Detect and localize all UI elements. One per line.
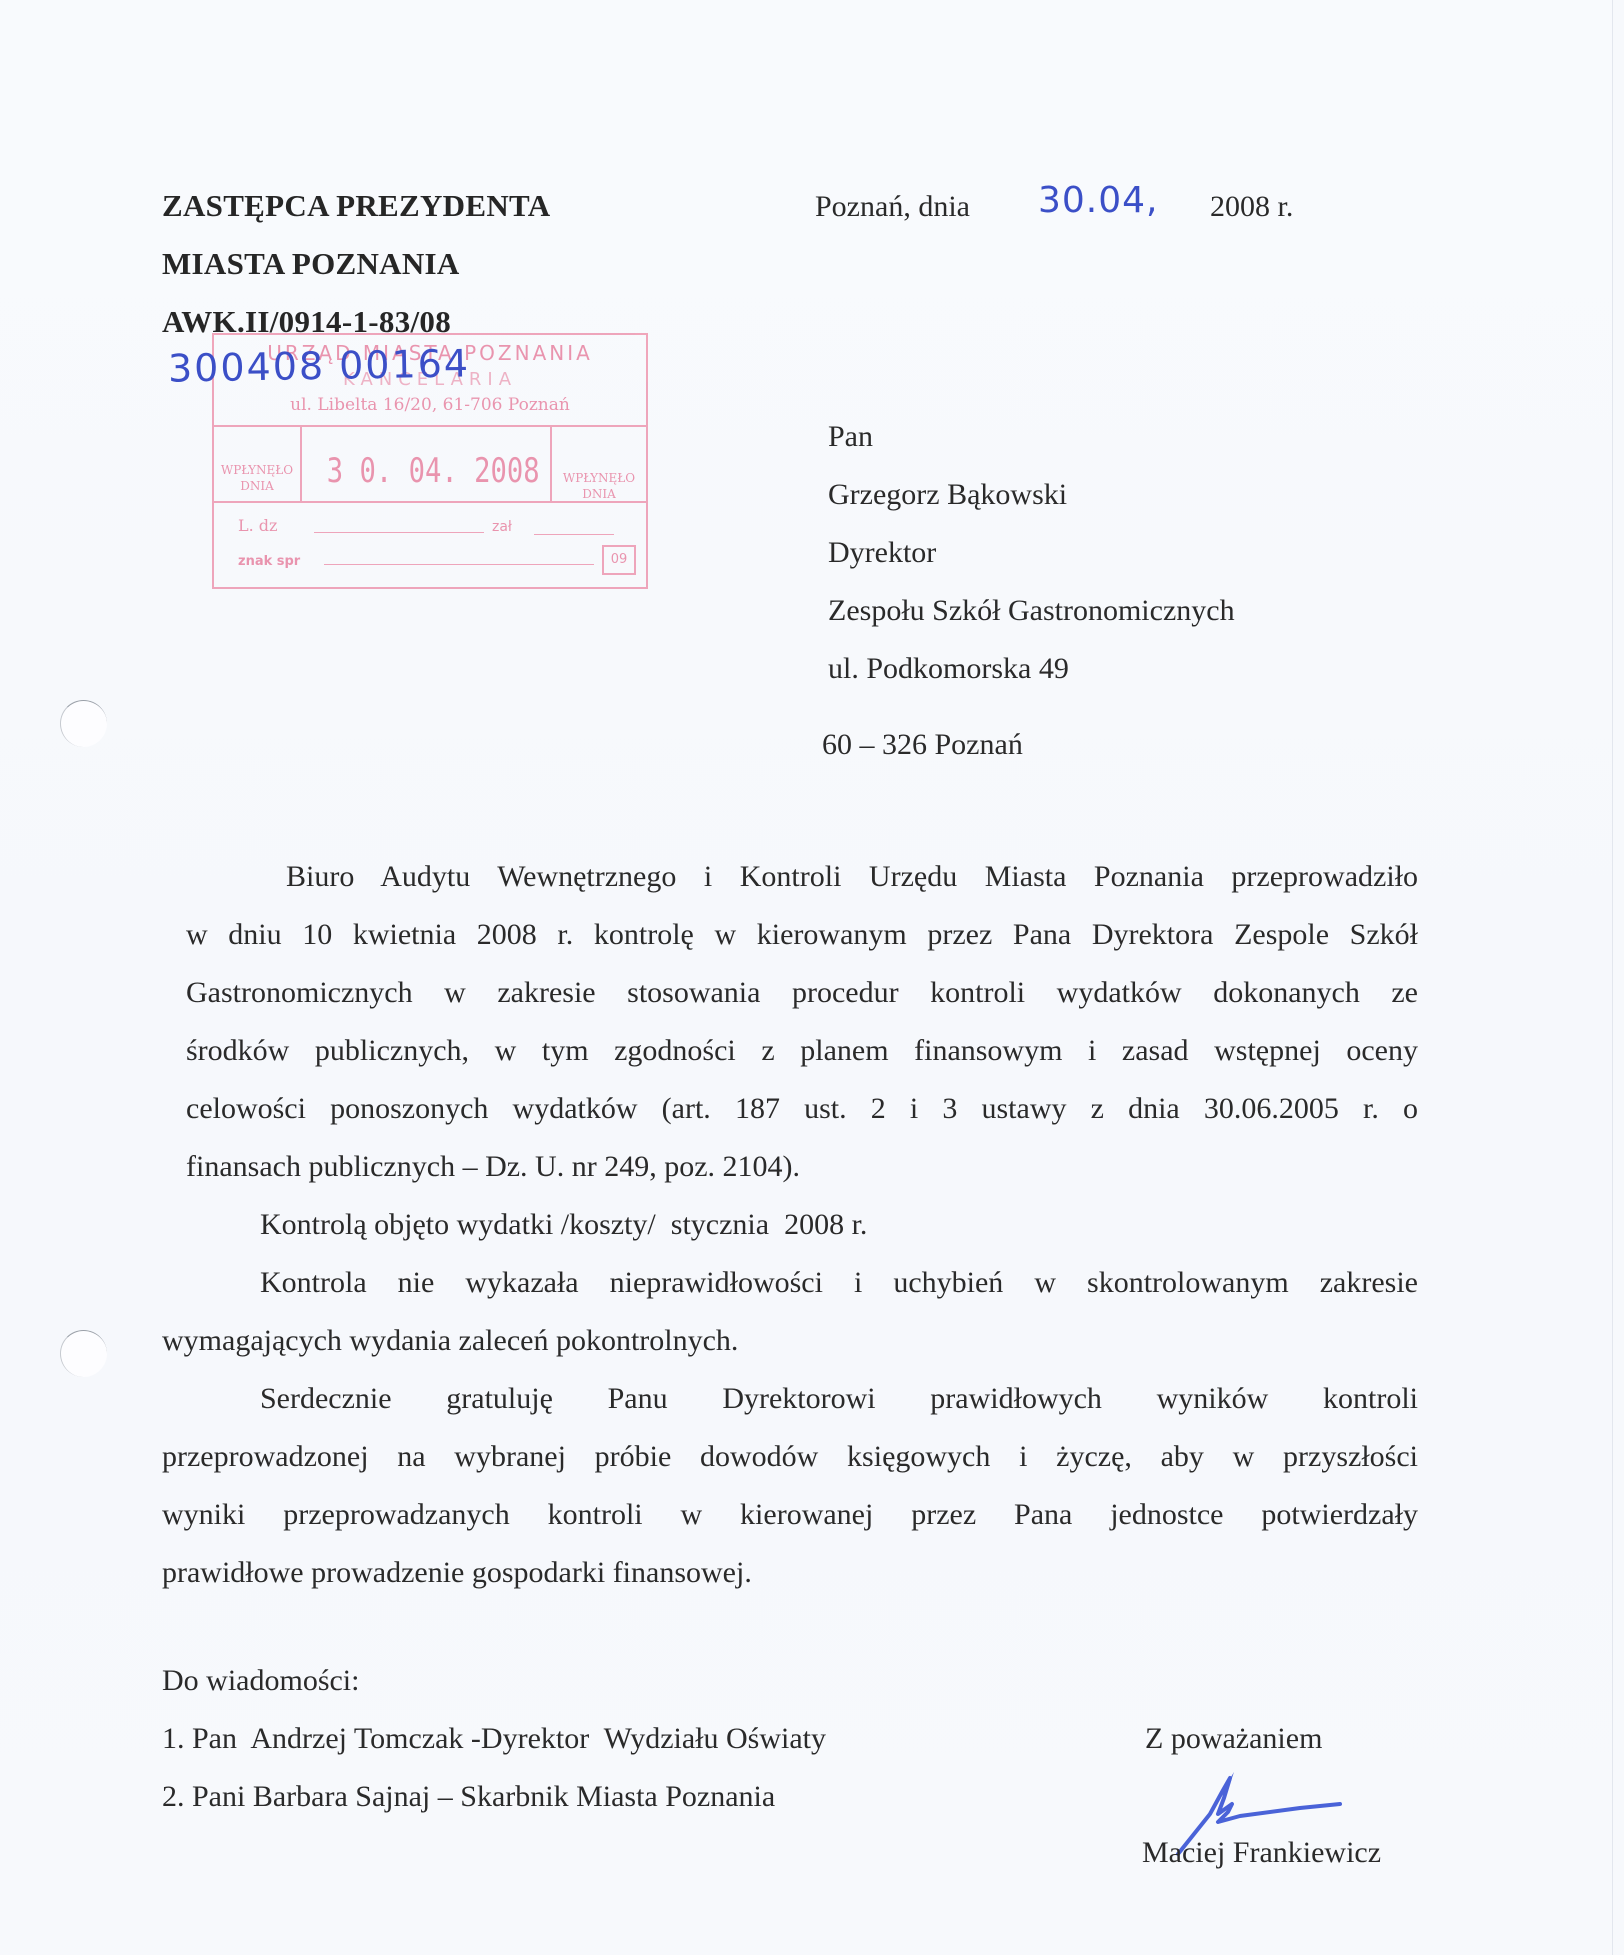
closing-salutation: Z poważaniem — [1145, 1722, 1322, 1756]
date-year: 2008 r. — [1210, 190, 1293, 224]
stamp-znak-label: znak spr — [238, 554, 300, 569]
punch-hole-top — [60, 700, 107, 747]
cc-item-2: 2. Pani Barbara Sajnaj – Skarbnik Miasta… — [162, 1780, 775, 1814]
scanned-letter-page: ZASTĘPCA PREZYDENTA MIASTA POZNANIA AWK.… — [0, 0, 1613, 1955]
body-p3-line-2: wymagających wydania zaleceń pokontrolny… — [162, 1324, 738, 1358]
stamp-received-date: 3 0. 04. 2008 — [327, 451, 525, 491]
signatory-name: Maciej Frankiewicz — [1142, 1836, 1381, 1870]
stamp-received-right-2: DNIA — [552, 487, 646, 501]
recipient-postal-city: 60 – 326 Poznań — [822, 728, 1023, 762]
stamp-zal-label: zał — [492, 519, 512, 535]
cc-heading: Do wiadomości: — [162, 1664, 359, 1698]
body-p4-line-3: wyniki przeprowadzanych kontroli w kiero… — [162, 1498, 1418, 1534]
stamp-received-left-2: DNIA — [214, 479, 300, 493]
stamp-address: ul. Libelta 16/20, 61-706 Poznań — [214, 395, 646, 415]
handwritten-date: 30.04, — [1038, 180, 1159, 221]
body-p1-line-3: Gastronomicznych w zakresie stosowania p… — [186, 976, 1418, 1012]
stamp-box-number: 09 — [602, 545, 636, 575]
body-p4-line-2: przeprowadzonej na wybranej próbie dowod… — [162, 1440, 1418, 1476]
handwritten-registry-number: 300408 00164 — [168, 341, 471, 390]
recipient-salutation: Pan — [828, 420, 873, 454]
body-p3-line-1: Kontrola nie wykazała nieprawidłowości i… — [260, 1266, 1418, 1302]
body-p2: Kontrolą objęto wydatki /koszty/ styczni… — [260, 1208, 867, 1242]
body-p1-line-2: w dniu 10 kwietnia 2008 r. kontrolę w ki… — [186, 918, 1418, 954]
recipient-street: ul. Podkomorska 49 — [828, 652, 1069, 686]
stamp-ldz-label: L. dz — [238, 516, 277, 535]
stamp-received-left-1: WPŁYNĘŁO — [214, 463, 300, 477]
reference-number: AWK.II/0914-1-83/08 — [162, 304, 451, 340]
recipient-institution: Zespołu Szkół Gastronomicznych — [828, 594, 1235, 628]
recipient-name: Grzegorz Bąkowski — [828, 478, 1067, 512]
body-p1-line-4: środków publicznych, w tym zgodności z p… — [186, 1034, 1418, 1070]
cc-item-1: 1. Pan Andrzej Tomczak -Dyrektor Wydział… — [162, 1722, 826, 1756]
body-p1-line-5: celowości ponoszonych wydatków (art. 187… — [186, 1092, 1418, 1128]
recipient-position: Dyrektor — [828, 536, 936, 570]
body-p4-line-1: Serdecznie gratuluję Panu Dyrektorowi pr… — [260, 1382, 1418, 1418]
place-date-label: Poznań, dnia — [815, 190, 970, 224]
sender-title: ZASTĘPCA PREZYDENTA — [162, 188, 550, 224]
sender-institution: MIASTA POZNANIA — [162, 246, 460, 282]
body-p1-line-6: finansach publicznych – Dz. U. nr 249, p… — [186, 1150, 800, 1184]
body-p1-line-1: Biuro Audytu Wewnętrznego i Kontroli Urz… — [286, 860, 1418, 896]
stamp-received-right-1: WPŁYNĘŁO — [552, 471, 646, 485]
punch-hole-bottom — [60, 1330, 107, 1377]
body-p4-line-4: prawidłowe prowadzenie gospodarki finans… — [162, 1556, 752, 1590]
